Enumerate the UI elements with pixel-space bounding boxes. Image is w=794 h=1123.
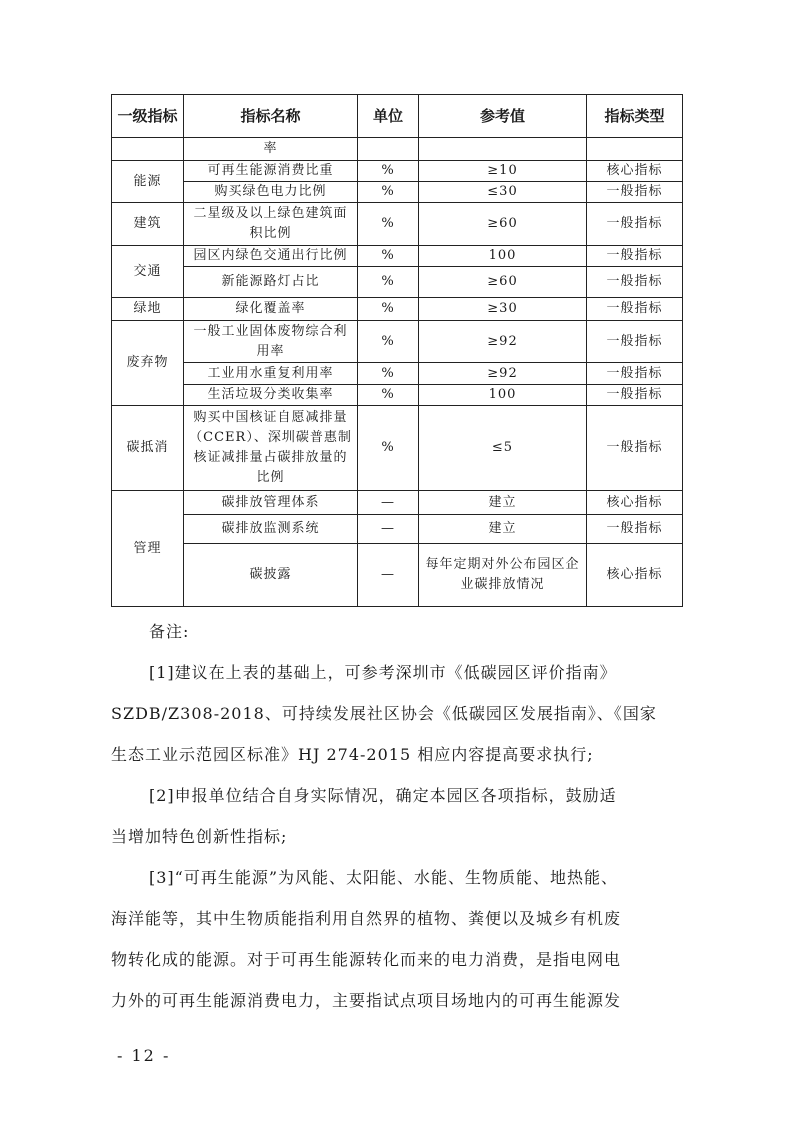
cell-type: 核心指标 bbox=[587, 161, 683, 182]
cell-name: 率 bbox=[184, 138, 358, 161]
cell-type: 一般指标 bbox=[587, 182, 683, 203]
cell-unit: % bbox=[358, 363, 419, 385]
cell-name: 二星级及以上绿色建筑面积比例 bbox=[184, 203, 358, 246]
cell-unit: % bbox=[358, 385, 419, 406]
cell-unit: — bbox=[358, 515, 419, 544]
cell-value: 100 bbox=[419, 385, 587, 406]
cell-type: 一般指标 bbox=[587, 363, 683, 385]
cell-unit: % bbox=[358, 161, 419, 182]
cell-name: 购买绿色电力比例 bbox=[184, 182, 358, 203]
notes-title: 备注: bbox=[111, 622, 189, 642]
cell-unit: % bbox=[358, 267, 419, 298]
cell-category: 碳抵消 bbox=[112, 406, 184, 491]
cell-category: 建筑 bbox=[112, 203, 184, 246]
header-name: 指标名称 bbox=[184, 95, 358, 138]
cell-type: 一般指标 bbox=[587, 515, 683, 544]
header-value: 参考值 bbox=[419, 95, 587, 138]
cell-type: 一般指标 bbox=[587, 385, 683, 406]
cell-type: 一般指标 bbox=[587, 203, 683, 246]
cell-name: 碳披露 bbox=[184, 544, 358, 607]
table-row: 管理 碳排放管理体系 — 建立 核心指标 bbox=[112, 491, 683, 515]
cell-value: ≤30 bbox=[419, 182, 587, 203]
cell-name: 绿化覆盖率 bbox=[184, 298, 358, 321]
table-row: 碳抵消 购买中国核证自愿减排量（CCER）、深圳碳普惠制核证减排量占碳排放量的比… bbox=[112, 406, 683, 491]
cell-name: 新能源路灯占比 bbox=[184, 267, 358, 298]
cell-name: 生活垃圾分类收集率 bbox=[184, 385, 358, 406]
cell-unit: % bbox=[358, 406, 419, 491]
note-2-line-1: [2]申报单位结合自身实际情况，确定本园区各项指标，鼓励适 bbox=[111, 786, 617, 806]
cell-value: ≥92 bbox=[419, 321, 587, 363]
cell-value: ≥60 bbox=[419, 267, 587, 298]
cell-category: 管理 bbox=[112, 491, 184, 607]
cell-type bbox=[587, 138, 683, 161]
cell-type: 一般指标 bbox=[587, 246, 683, 267]
note-1-line-1: [1]建议在上表的基础上，可参考深圳市《低碳园区评价指南》 bbox=[111, 663, 617, 683]
table-row: 碳披露 — 每年定期对外公布园区企业碳排放情况 核心指标 bbox=[112, 544, 683, 607]
note-3-line-4: 力外的可再生能源消费电力，主要指试点项目场地内的可再生能源发 bbox=[111, 991, 621, 1011]
cell-name: 碳排放监测系统 bbox=[184, 515, 358, 544]
note-3-line-2: 海洋能等，其中生物质能指利用自然界的植物、粪便以及城乡有机废 bbox=[111, 909, 621, 929]
table-row: 能源 可再生能源消费比重 % ≥10 核心指标 bbox=[112, 161, 683, 182]
cell-type: 一般指标 bbox=[587, 298, 683, 321]
header-category: 一级指标 bbox=[112, 95, 184, 138]
document-page: 一级指标 指标名称 单位 参考值 指标类型 率 能源 可再生能源消费比重 % ≥… bbox=[0, 0, 794, 1123]
cell-value: 建立 bbox=[419, 491, 587, 515]
table-row: 废弃物 一般工业固体废物综合利用率 % ≥92 一般指标 bbox=[112, 321, 683, 363]
table-row: 碳排放监测系统 — 建立 一般指标 bbox=[112, 515, 683, 544]
note-3-line-1: [3]“可再生能源”为风能、太阳能、水能、生物质能、地热能、 bbox=[111, 868, 618, 888]
cell-name: 园区内绿色交通出行比例 bbox=[184, 246, 358, 267]
cell-value: ≤5 bbox=[419, 406, 587, 491]
table-row: 交通 园区内绿色交通出行比例 % 100 一般指标 bbox=[112, 246, 683, 267]
cell-unit: % bbox=[358, 321, 419, 363]
table-header-row: 一级指标 指标名称 单位 参考值 指标类型 bbox=[112, 95, 683, 138]
header-unit: 单位 bbox=[358, 95, 419, 138]
cell-category: 绿地 bbox=[112, 298, 184, 321]
cell-category: 交通 bbox=[112, 246, 184, 298]
cell-value: ≥92 bbox=[419, 363, 587, 385]
table-row: 建筑 二星级及以上绿色建筑面积比例 % ≥60 一般指标 bbox=[112, 203, 683, 246]
cell-name: 工业用水重复利用率 bbox=[184, 363, 358, 385]
cell-unit: % bbox=[358, 182, 419, 203]
cell-unit: % bbox=[358, 246, 419, 267]
cell-type: 核心指标 bbox=[587, 544, 683, 607]
cell-value: 建立 bbox=[419, 515, 587, 544]
cell-type: 一般指标 bbox=[587, 406, 683, 491]
note-1-line-2: SZDB/Z308-2018、可持续发展社区协会《低碳园区发展指南》、《国家 bbox=[111, 704, 657, 724]
cell-category bbox=[112, 138, 184, 161]
cell-value: ≥60 bbox=[419, 203, 587, 246]
header-type: 指标类型 bbox=[587, 95, 683, 138]
cell-value bbox=[419, 138, 587, 161]
cell-unit: % bbox=[358, 203, 419, 246]
indicator-table: 一级指标 指标名称 单位 参考值 指标类型 率 能源 可再生能源消费比重 % ≥… bbox=[111, 94, 683, 607]
table-row: 新能源路灯占比 % ≥60 一般指标 bbox=[112, 267, 683, 298]
cell-unit: — bbox=[358, 544, 419, 607]
cell-name: 一般工业固体废物综合利用率 bbox=[184, 321, 358, 363]
cell-type: 一般指标 bbox=[587, 321, 683, 363]
note-2-line-2: 当增加特色创新性指标; bbox=[111, 827, 287, 847]
table-row: 工业用水重复利用率 % ≥92 一般指标 bbox=[112, 363, 683, 385]
cell-unit: % bbox=[358, 298, 419, 321]
cell-type: 一般指标 bbox=[587, 267, 683, 298]
cell-category: 能源 bbox=[112, 161, 184, 203]
note-3-line-3: 物转化成的能源。对于可再生能源转化而来的电力消费，是指电网电 bbox=[111, 950, 621, 970]
cell-type: 核心指标 bbox=[587, 491, 683, 515]
cell-unit bbox=[358, 138, 419, 161]
cell-unit: — bbox=[358, 491, 419, 515]
cell-value: 100 bbox=[419, 246, 587, 267]
cell-name: 可再生能源消费比重 bbox=[184, 161, 358, 182]
table-row: 购买绿色电力比例 % ≤30 一般指标 bbox=[112, 182, 683, 203]
page-number: - 12 - bbox=[117, 1046, 170, 1065]
cell-name: 碳排放管理体系 bbox=[184, 491, 358, 515]
continuation-row: 率 bbox=[112, 138, 683, 161]
cell-category: 废弃物 bbox=[112, 321, 184, 406]
cell-value: ≥30 bbox=[419, 298, 587, 321]
cell-value: 每年定期对外公布园区企业碳排放情况 bbox=[419, 544, 587, 607]
cell-value: ≥10 bbox=[419, 161, 587, 182]
table-row: 绿地 绿化覆盖率 % ≥30 一般指标 bbox=[112, 298, 683, 321]
table-row: 生活垃圾分类收集率 % 100 一般指标 bbox=[112, 385, 683, 406]
cell-name: 购买中国核证自愿减排量（CCER）、深圳碳普惠制核证减排量占碳排放量的比例 bbox=[184, 406, 358, 491]
note-1-line-3: 生态工业示范园区标准》HJ 274-2015 相应内容提高要求执行; bbox=[111, 745, 594, 765]
